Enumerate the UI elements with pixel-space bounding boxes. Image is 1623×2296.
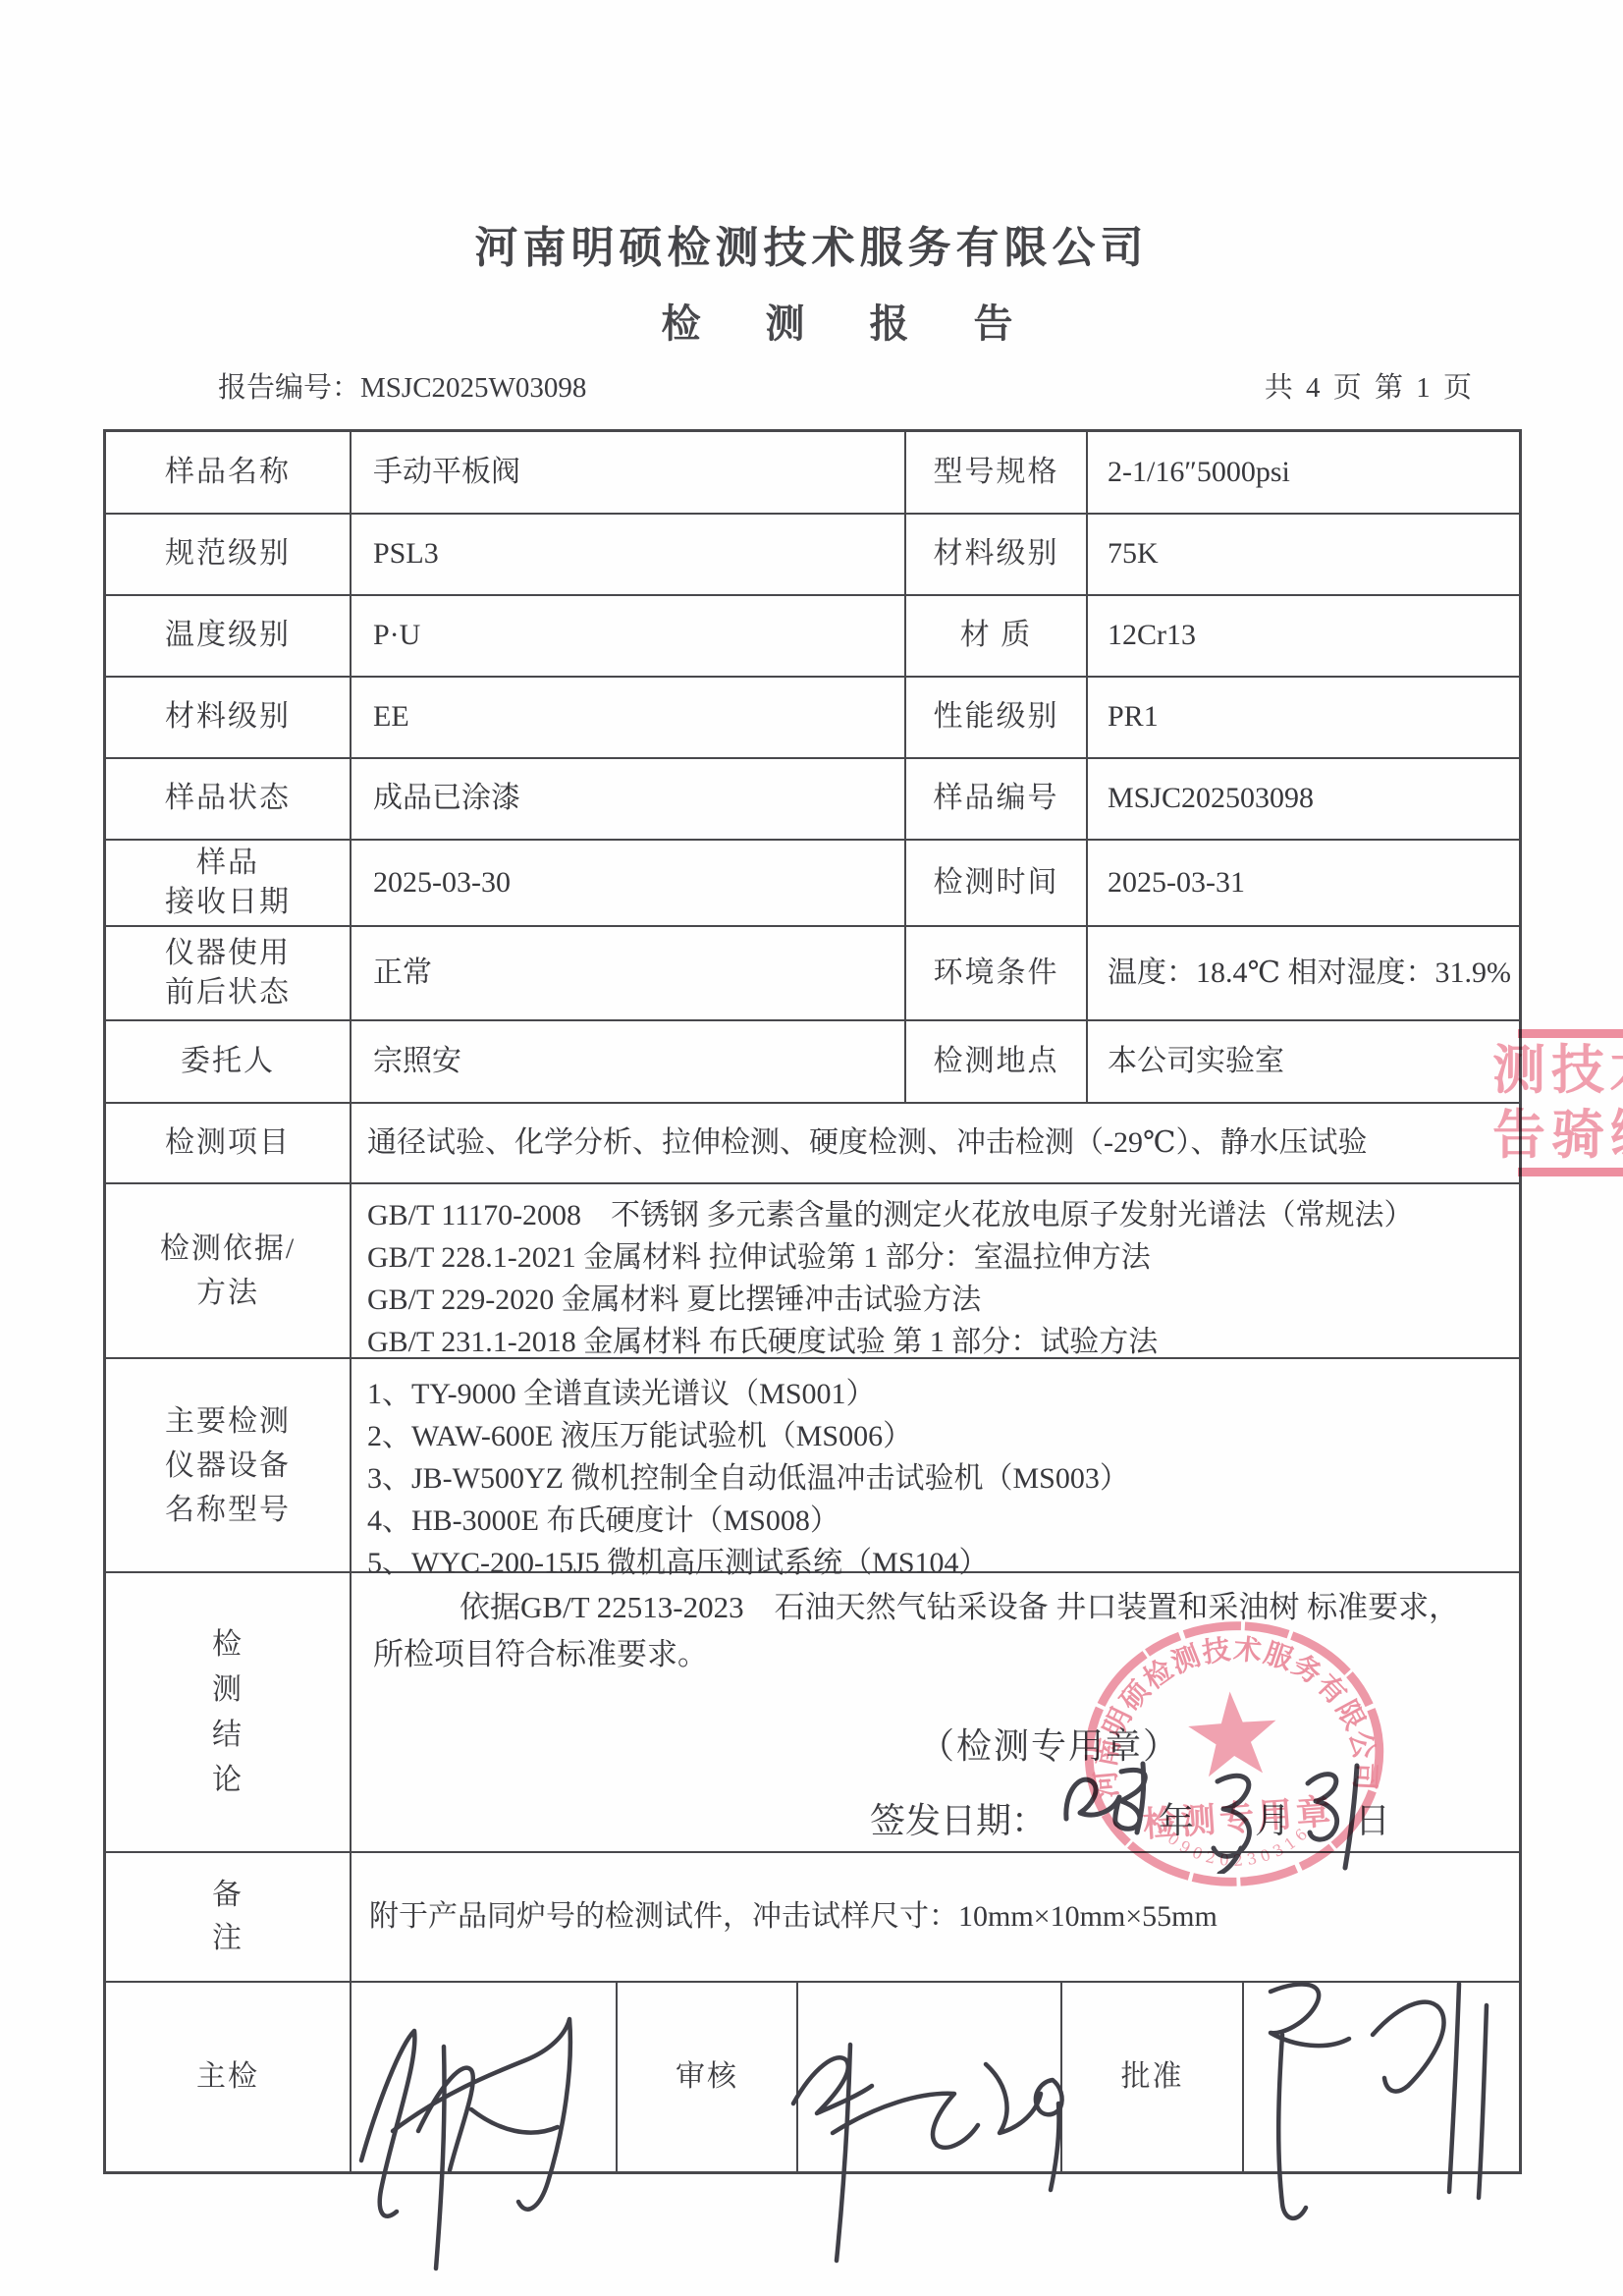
label-sample-state: 样品状态 (106, 759, 352, 839)
label-instrument-state: 仪器使用 前后状态 (106, 927, 352, 1019)
value-test-basis: GB/T 11170-2008 不锈钢 多元素含量的测定火花放电原子发射光谱法（… (352, 1184, 1519, 1357)
label-approver: 批准 (1062, 1983, 1244, 2171)
value-temp-level: P·U (352, 596, 906, 676)
label-equipment: 主要检测 仪器设备 名称型号 (106, 1359, 352, 1571)
report-number: 报告编号：MSJC2025W03098 (218, 365, 586, 406)
reviewer-signature-cell (798, 1983, 1062, 2171)
value-receive-date: 2025-03-30 (352, 841, 906, 925)
conclusion-line2: 所检项目符合标准要求。 (373, 1634, 708, 1675)
seal-star (1186, 1688, 1279, 1777)
value-material: 12Cr13 (1088, 596, 1519, 676)
issue-date-label: 签发日期： (870, 1797, 1047, 1845)
list-item: GB/T 231.1-2018 金属材料 布氏硬度试验 第 1 部分：试验方法 (367, 1321, 1519, 1363)
value-instrument-state: 正常 (352, 927, 906, 1019)
table-row: 规范级别 PSL3 材料级别 75K (106, 515, 1519, 596)
equipment-row: 主要检测 仪器设备 名称型号 1、TY-9000 全谱直读光谱议（MS001）2… (106, 1359, 1519, 1573)
label-material: 材 质 (906, 596, 1088, 676)
value-model-spec: 2-1/16″5000psi (1088, 432, 1519, 513)
value-client: 宗照安 (352, 1021, 906, 1102)
label-reviewer: 审核 (618, 1983, 798, 2171)
list-item: GB/T 229-2020 金属材料 夏比摆锤冲击试验方法 (367, 1279, 1519, 1321)
list-item: 4、HB-3000E 布氏硬度计（MS008） (367, 1500, 1519, 1542)
label-test-location: 检测地点 (906, 1021, 1088, 1102)
label-performance-level: 性能级别 (906, 678, 1088, 757)
table-row: 委托人 宗照安 检测地点 本公司实验室 (106, 1021, 1519, 1104)
table-row: 样品名称 手动平板阀 型号规格 2-1/16″5000psi (106, 432, 1519, 515)
report-table: 样品名称 手动平板阀 型号规格 2-1/16″5000psi 规范级别 PSL3… (103, 429, 1522, 2174)
test-items-row: 检测项目 通径试验、化学分析、拉伸检测、硬度检测、冲击检测（-29℃）、静水压试… (106, 1104, 1519, 1184)
approver-signature-cell (1244, 1983, 1519, 2171)
label-environment: 环境条件 (906, 927, 1088, 1019)
paging-seal-border-top (1518, 1029, 1623, 1038)
value-sample-name: 手动平板阀 (352, 432, 906, 513)
label-sample-name: 样品名称 (106, 432, 352, 513)
label-test-items: 检测项目 (106, 1104, 352, 1182)
report-number-label: 报告编号： (218, 372, 360, 404)
table-row: 样品状态 成品已涂漆 样品编号 MSJC202503098 (106, 759, 1519, 841)
value-performance-level: PR1 (1088, 678, 1519, 757)
label-chief-inspector: 主检 (106, 1983, 352, 2171)
label-test-date: 检测时间 (906, 841, 1088, 925)
paging-seal-fragment: 测技术 告骑缝 (1524, 1029, 1623, 1186)
paging-seal-border-bottom (1518, 1168, 1623, 1176)
list-item: 3、JB-W500YZ 微机控制全自动低温冲击试验机（MS003） (367, 1457, 1519, 1500)
paging-seal-line2: 告骑缝 (1492, 1103, 1623, 1168)
document-title: 检 测 报 告 (39, 293, 1623, 349)
label-client: 委托人 (106, 1021, 352, 1102)
table-row: 材料级别 EE 性能级别 PR1 (106, 678, 1519, 759)
label-material-level: 材料级别 (906, 515, 1088, 594)
value-sample-number: MSJC202503098 (1088, 759, 1519, 839)
value-equipment: 1、TY-9000 全谱直读光谱议（MS001）2、WAW-600E 液压万能试… (352, 1359, 1519, 1571)
label-material-grade: 材料级别 (106, 678, 352, 757)
label-model-spec: 型号规格 (906, 432, 1088, 513)
value-material-grade: EE (352, 678, 906, 757)
company-seal: 河南明硕检测技术服务有限公司 检测专用章 4109020230316 (1069, 1604, 1398, 1903)
company-title: 河南明硕检测技术服务有限公司 (0, 212, 1623, 275)
value-sample-state: 成品已涂漆 (352, 759, 906, 839)
table-row: 仪器使用 前后状态 正常 环境条件 温度：18.4℃ 相对湿度：31.9% (106, 927, 1519, 1021)
value-test-date: 2025-03-31 (1088, 841, 1519, 925)
value-test-items: 通径试验、化学分析、拉伸检测、硬度检测、冲击检测（-29℃）、静水压试验 (352, 1104, 1519, 1182)
label-remark: 备 注 (106, 1853, 352, 1981)
label-test-basis: 检测依据/ 方法 (106, 1184, 352, 1357)
test-basis-row: 检测依据/ 方法 GB/T 11170-2008 不锈钢 多元素含量的测定火花放… (106, 1184, 1519, 1359)
table-row: 温度级别 P·U 材 质 12Cr13 (106, 596, 1519, 678)
list-item: 1、TY-9000 全谱直读光谱议（MS001） (367, 1373, 1519, 1415)
value-test-location: 本公司实验室 (1088, 1021, 1519, 1102)
report-page: 河南明硕检测技术服务有限公司 检 测 报 告 报告编号：MSJC2025W030… (0, 0, 1623, 2296)
label-conclusion: 检 测 结 论 (106, 1573, 352, 1851)
label-receive-date: 样品 接收日期 (106, 841, 352, 925)
label-sample-number: 样品编号 (906, 759, 1088, 839)
chief-inspector-signature-cell (352, 1983, 618, 2171)
label-temp-level: 温度级别 (106, 596, 352, 676)
label-spec-level: 规范级别 (106, 515, 352, 594)
signature-row: 主检 审核 批准 (106, 1983, 1519, 2171)
table-row: 样品 接收日期 2025-03-30 检测时间 2025-03-31 (106, 841, 1519, 927)
list-item: GB/T 228.1-2021 金属材料 拉伸试验第 1 部分：室温拉伸方法 (367, 1236, 1519, 1279)
value-material-level: 75K (1088, 515, 1519, 594)
value-spec-level: PSL3 (352, 515, 906, 594)
value-environment: 温度：18.4℃ 相对湿度：31.9% (1088, 927, 1519, 1019)
page-count: 共 4 页 第 1 页 (1265, 365, 1475, 406)
list-item: 2、WAW-600E 液压万能试验机（MS006） (367, 1415, 1519, 1457)
report-number-value: MSJC2025W03098 (360, 372, 586, 404)
list-item: GB/T 11170-2008 不锈钢 多元素含量的测定火花放电原子发射光谱法（… (367, 1194, 1519, 1236)
paging-seal-line1: 测技术 (1492, 1038, 1623, 1103)
meta-row: 报告编号：MSJC2025W03098 共 4 页 第 1 页 (103, 365, 1522, 405)
